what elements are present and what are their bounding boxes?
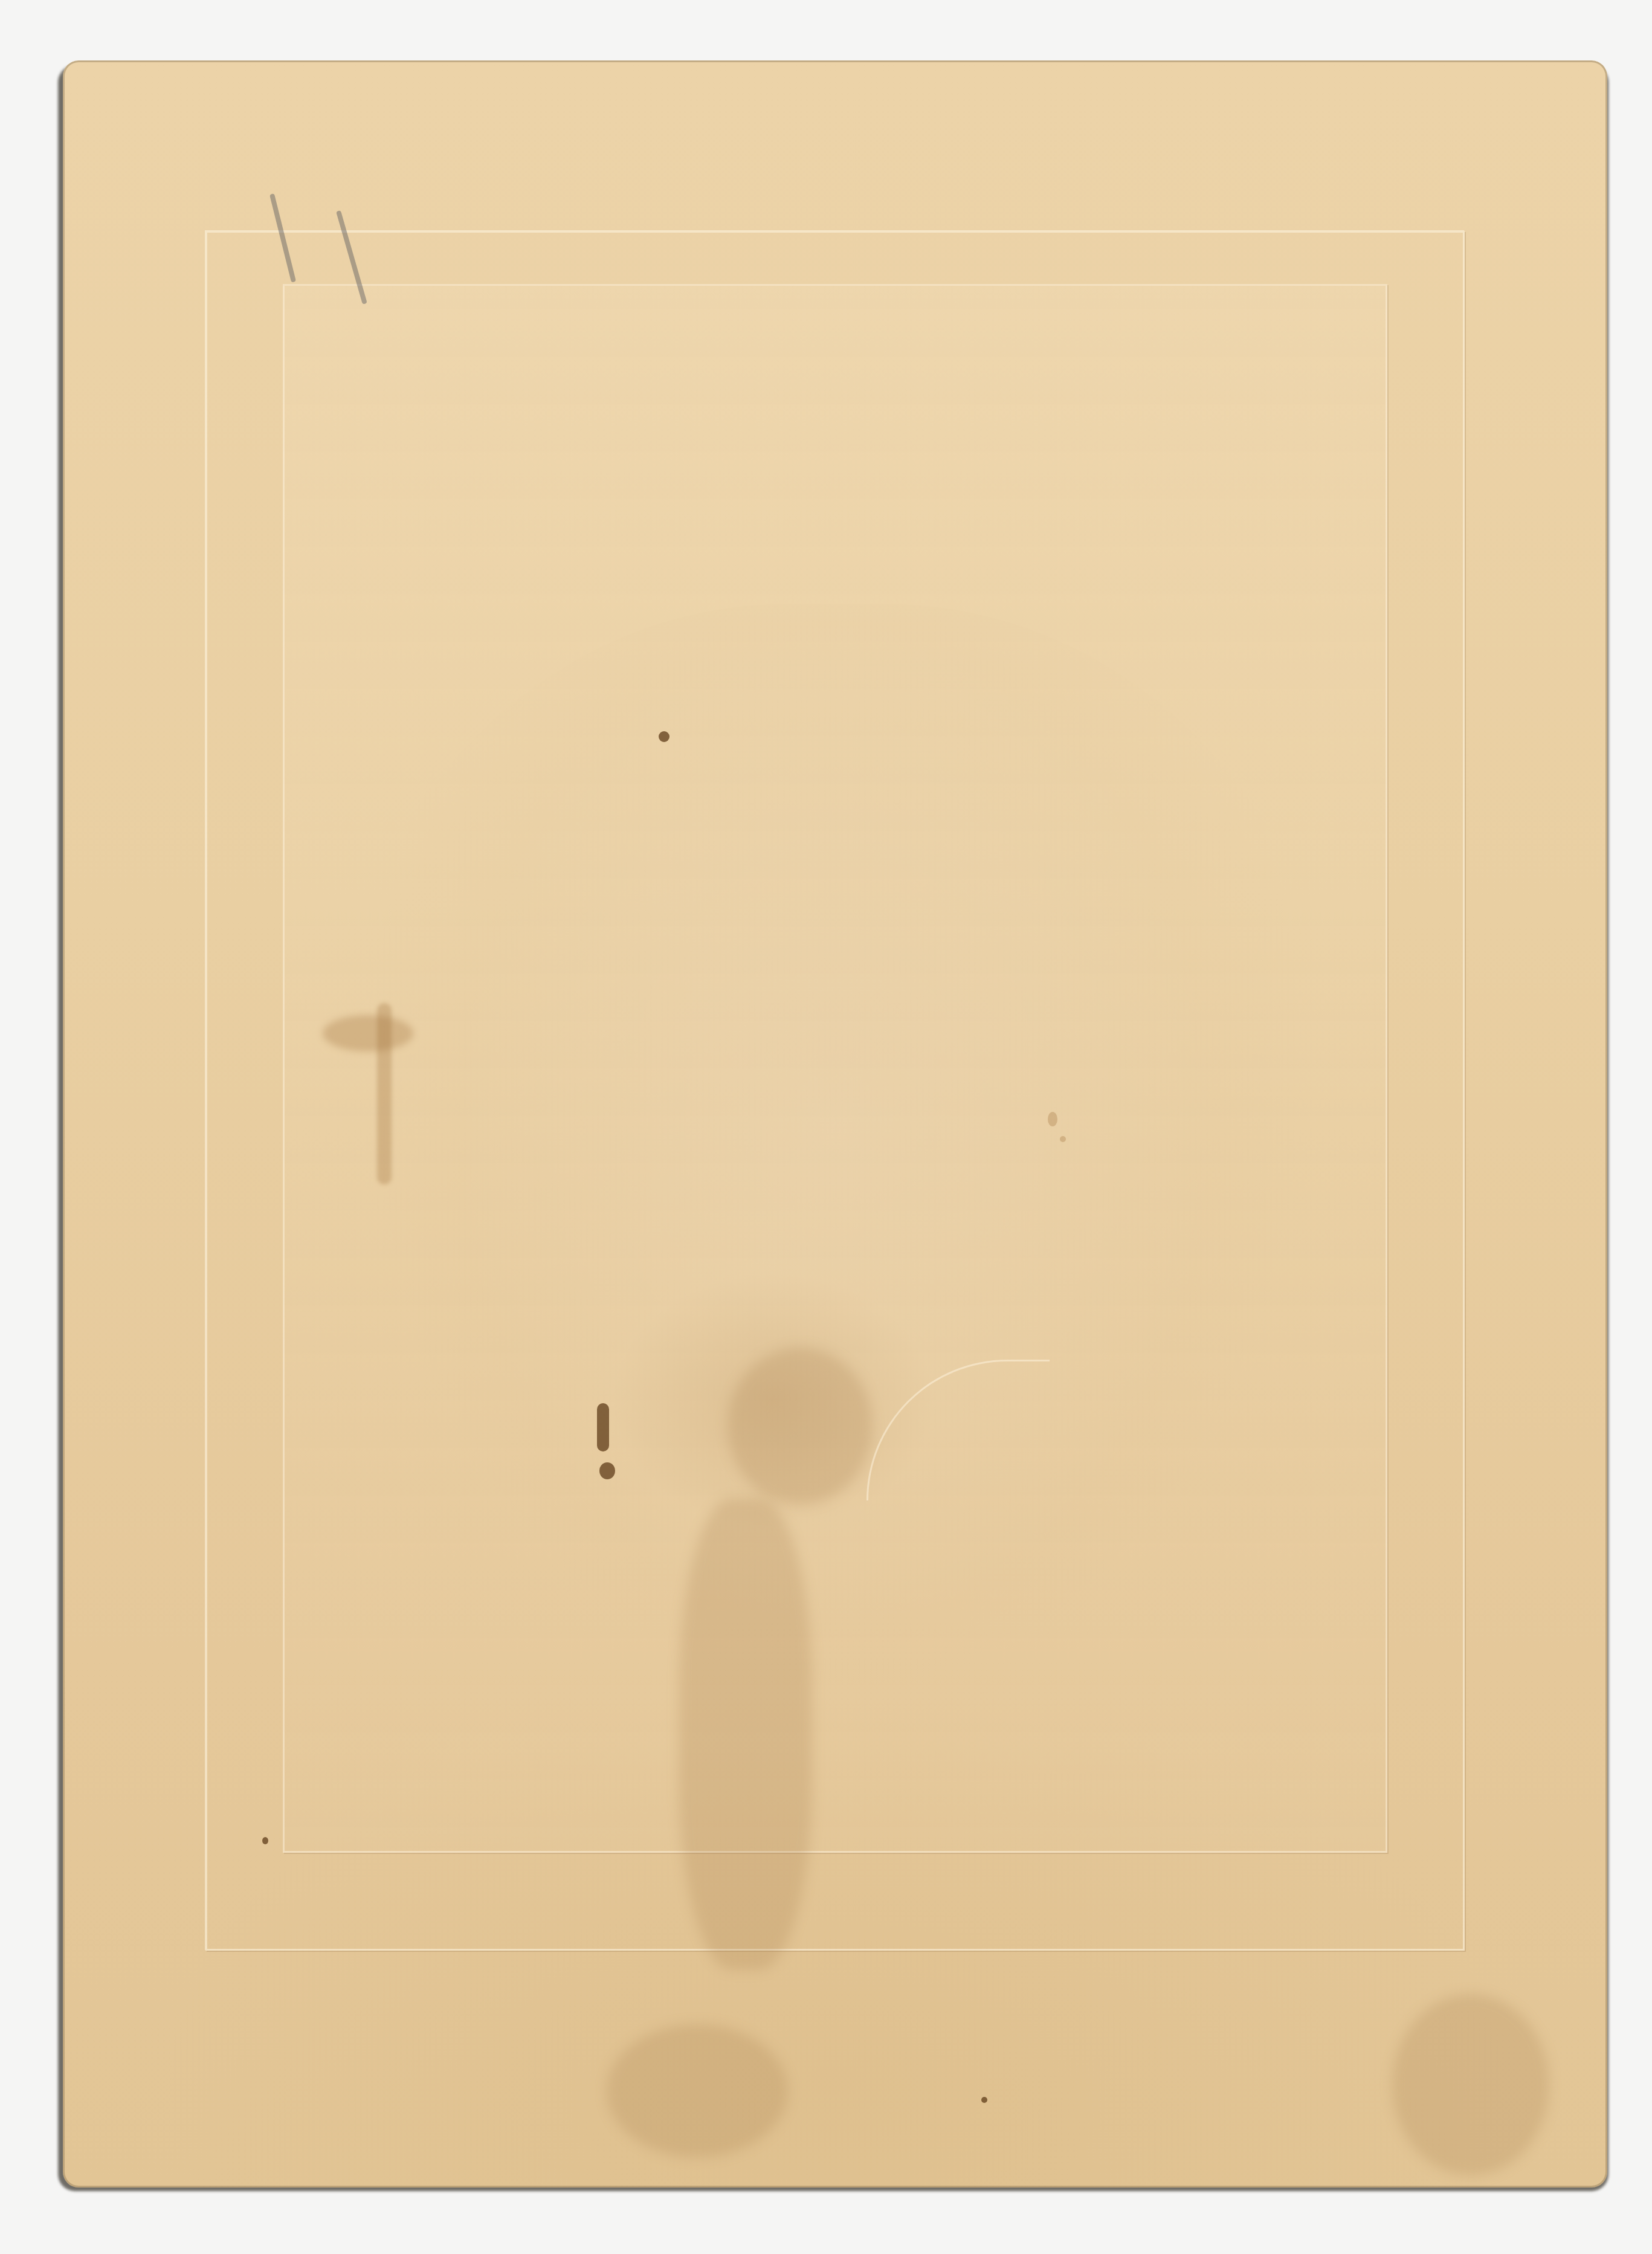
- foxing-speckles: [607, 2024, 788, 2157]
- foxing-spot: [262, 1837, 268, 1844]
- foxing-spot: [659, 731, 670, 742]
- water-stain: [728, 1348, 873, 1505]
- photo-show-through: [323, 604, 1350, 1752]
- scan-background: Blank cream/tan cardstock with embossed …: [0, 0, 1652, 2254]
- foxing-spot: [981, 2097, 987, 2103]
- foxing-spot: [1048, 1112, 1057, 1126]
- cabinet-card-back: Blank cream/tan cardstock with embossed …: [63, 60, 1607, 2188]
- water-stain-drip: [679, 1499, 812, 1970]
- foxing-spot: [1060, 1136, 1066, 1142]
- rust-spot: [599, 1462, 615, 1479]
- foxing-speckles: [1392, 1994, 1549, 2175]
- foxing-cluster: [323, 1015, 413, 1051]
- foxing-streak: [377, 1003, 392, 1184]
- rust-spot: [597, 1403, 609, 1452]
